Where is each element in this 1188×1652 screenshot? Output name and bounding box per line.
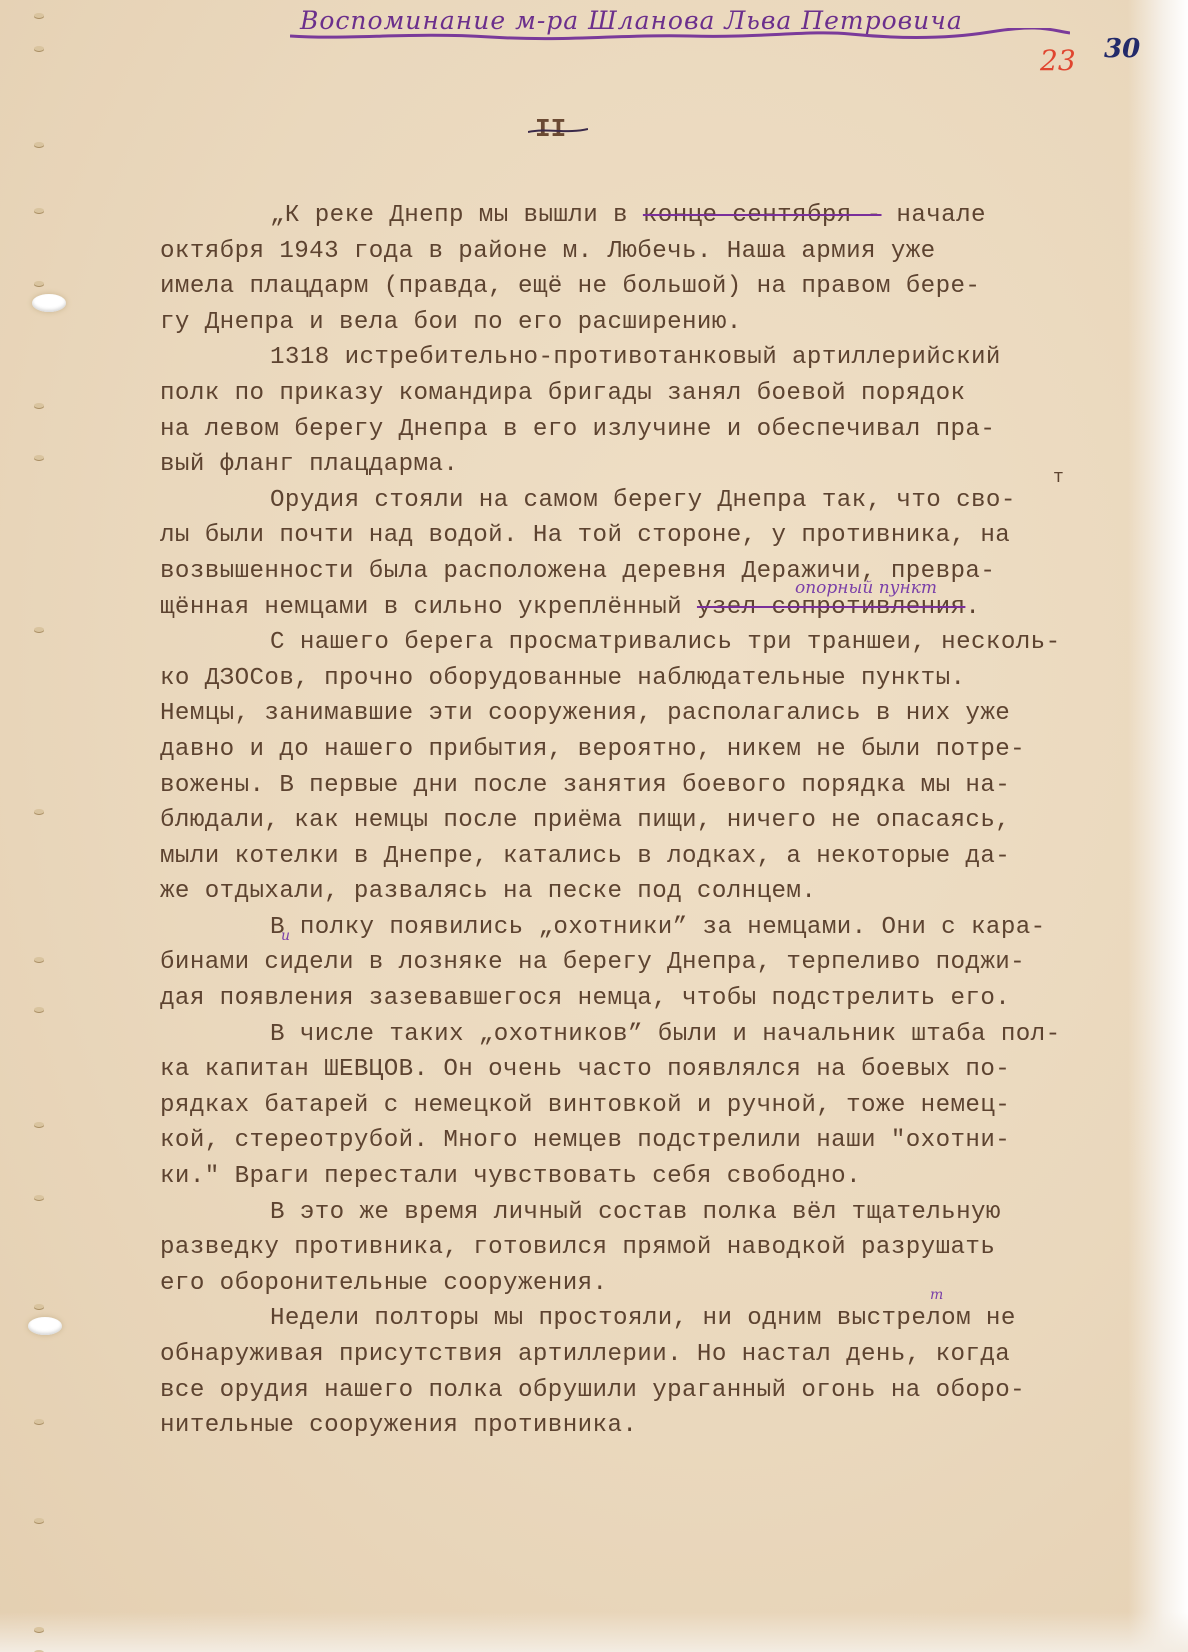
- text-segment: его оборонительные сооружения.: [160, 1270, 607, 1297]
- text-segment: „К реке Днепр мы вышли в: [270, 202, 643, 229]
- binder-hole: [34, 46, 44, 51]
- text-line: В числе таких „охотников” были и начальн…: [160, 1017, 1100, 1053]
- text-segment: на левом берегу Днепра в его излучине и …: [160, 416, 995, 443]
- text-segment: блюдали, как немцы после приёма пищи, ни…: [160, 807, 1010, 834]
- text-segment: обнаруживая присутствия артиллерии. Но н…: [160, 1341, 1010, 1368]
- binder-hole: [34, 957, 44, 962]
- text-line: ка капитан ШЕВЦОВ. Он очень часто появля…: [160, 1052, 1100, 1088]
- text-segment: рядках батарей с немецкой винтовкой и ру…: [160, 1092, 1010, 1119]
- text-segment: В полку появились „охотники” за немцами.…: [270, 914, 1046, 941]
- binder-hole: [34, 1627, 44, 1632]
- text-segment: вожены. В первые дни после занятия боево…: [160, 772, 1010, 799]
- text-line: все орудия нашего полка обрушили ураганн…: [160, 1373, 1100, 1409]
- text-line: бинами сидели в лозняке на берегу Днепра…: [160, 945, 1100, 981]
- section-number-underline: [528, 126, 588, 136]
- text-segment: имела плацдарм (правда, ещё не большой) …: [160, 273, 980, 300]
- text-line: Немцы, занимавшие эти сооружения, распол…: [160, 696, 1100, 732]
- text-segment: Недели полторы мы простояли, ни одним вы…: [270, 1305, 1016, 1332]
- text-segment: нительные сооружения противника.: [160, 1412, 637, 1439]
- binder-hole: [34, 627, 44, 632]
- text-line: В полку появились „охотники” за немцами.…: [160, 910, 1100, 946]
- text-line: вый фланг плацдарма.: [160, 447, 1100, 483]
- text-line: ки." Враги перестали чувствовать себя св…: [160, 1159, 1100, 1195]
- text-line: гу Днепра и вела бои по его расширению.: [160, 305, 1100, 341]
- binder-hole: [34, 403, 44, 408]
- text-segment: Орудия стояли на самом берегу Днепра так…: [270, 487, 1016, 514]
- handwritten-correction-i: и: [281, 928, 290, 944]
- text-line: возвышенности была расположена деревня Д…: [160, 554, 1100, 590]
- text-line: вожены. В первые дни после занятия боево…: [160, 768, 1100, 804]
- typed-correction-t: т: [1053, 468, 1064, 488]
- text-line: лы были почти над водой. На той стороне,…: [160, 518, 1100, 554]
- text-segment: лы были почти над водой. На той стороне,…: [160, 522, 1010, 549]
- document-page: Воспоминание м-ра Шланова Льва Петровича…: [0, 0, 1188, 1652]
- text-segment: разведку противника, готовился прямой на…: [160, 1234, 995, 1261]
- text-line: ко ДЗОСов, прочно оборудованные наблюдат…: [160, 661, 1100, 697]
- binder-hole: [34, 1304, 44, 1309]
- text-segment: .: [965, 594, 980, 621]
- text-segment: давно и до нашего прибытия, вероятно, ни…: [160, 736, 1025, 763]
- text-line: С нашего берега просматривались три тран…: [160, 625, 1100, 661]
- text-segment: гу Днепра и вела бои по его расширению.: [160, 309, 742, 336]
- text-line: обнаруживая присутствия артиллерии. Но н…: [160, 1337, 1100, 1373]
- text-line: разведку противника, готовился прямой на…: [160, 1230, 1100, 1266]
- text-segment: Немцы, занимавшие эти сооружения, распол…: [160, 700, 1010, 727]
- title-underline: [290, 28, 1070, 42]
- binder-hole: [34, 13, 44, 18]
- text-segment: же отдыхали, развалясь на песке под солн…: [160, 878, 816, 905]
- text-segment: В числе таких „охотников” были и начальн…: [270, 1021, 1061, 1048]
- text-line: имела плацдарм (правда, ещё не большой) …: [160, 269, 1100, 305]
- text-segment: все орудия нашего полка обрушили ураганн…: [160, 1377, 1025, 1404]
- handwritten-correction-t: т: [930, 1287, 943, 1303]
- text-segment: вый фланг плацдарма.: [160, 451, 458, 478]
- text-line: щённая немцами в сильно укреплённый узел…: [160, 590, 1100, 626]
- binder-hole: [34, 142, 44, 147]
- text-segment: ко ДЗОСов, прочно оборудованные наблюдат…: [160, 665, 965, 692]
- text-segment: полк по приказу командира бригады занял …: [160, 380, 965, 407]
- text-segment: кой, стереотрубой. Много немцев подстрел…: [160, 1127, 1010, 1154]
- text-segment: начале: [882, 202, 986, 229]
- binder-hole: [34, 281, 44, 286]
- text-line: мыли котелки в Днепре, катались в лодках…: [160, 839, 1100, 875]
- text-line: В это же время личный состав полка вёл т…: [160, 1195, 1100, 1231]
- text-line: 1318 истребительно-противотанковый артил…: [160, 340, 1100, 376]
- text-segment: дая появления зазевавшегося немца, чтобы…: [160, 985, 1010, 1012]
- handwritten-insertion: опорный пункт: [795, 578, 937, 598]
- text-line: кой, стереотрубой. Много немцев подстрел…: [160, 1123, 1100, 1159]
- binder-hole: [34, 1195, 44, 1200]
- paper-edge-bottom: [0, 1612, 1188, 1652]
- binder-hole: [34, 208, 44, 213]
- text-line: октября 1943 года в районе м. Любечь. На…: [160, 234, 1100, 270]
- text-segment: В это же время личный состав полка вёл т…: [270, 1199, 1001, 1226]
- text-line: же отдыхали, развалясь на песке под солн…: [160, 874, 1100, 910]
- text-segment: 1318 истребительно-противотанковый артил…: [270, 344, 1001, 371]
- text-segment: С нашего берега просматривались три тран…: [270, 629, 1061, 656]
- paper-edge-right: [1128, 0, 1188, 1652]
- text-line: давно и до нашего прибытия, вероятно, ни…: [160, 732, 1100, 768]
- struck-text: конце сентября -: [643, 202, 882, 229]
- text-line: нительные сооружения противника.: [160, 1408, 1100, 1444]
- text-line: рядках батарей с немецкой винтовкой и ру…: [160, 1088, 1100, 1124]
- text-line: блюдали, как немцы после приёма пищи, ни…: [160, 803, 1100, 839]
- binder-hole: [34, 1419, 44, 1424]
- binder-hole: [34, 1007, 44, 1012]
- text-line: Недели полторы мы простояли, ни одним вы…: [160, 1301, 1100, 1337]
- text-segment: бинами сидели в лозняке на берегу Днепра…: [160, 949, 1025, 976]
- text-segment: мыли котелки в Днепре, катались в лодках…: [160, 843, 1010, 870]
- text-line: на левом берегу Днепра в его излучине и …: [160, 412, 1100, 448]
- text-line: „К реке Днепр мы вышли в конце сентября …: [160, 198, 1100, 234]
- page-number-blue: 30: [1104, 34, 1140, 64]
- typed-body-text: „К реке Днепр мы вышли в конце сентября …: [160, 198, 1100, 1444]
- punched-hole: [28, 1317, 62, 1335]
- page-number-red: 23: [1040, 44, 1076, 77]
- text-line: его оборонительные сооружения.: [160, 1266, 1100, 1302]
- text-segment: ка капитан ШЕВЦОВ. Он очень часто появля…: [160, 1056, 1010, 1083]
- text-line: полк по приказу командира бригады занял …: [160, 376, 1100, 412]
- binder-hole: [34, 455, 44, 460]
- binder-hole: [34, 1518, 44, 1523]
- punched-hole: [32, 294, 66, 312]
- text-segment: щённая немцами в сильно укреплённый: [160, 594, 697, 621]
- text-segment: октября 1943 года в районе м. Любечь. На…: [160, 238, 936, 265]
- text-line: дая появления зазевавшегося немца, чтобы…: [160, 981, 1100, 1017]
- text-segment: ки." Враги перестали чувствовать себя св…: [160, 1163, 861, 1190]
- text-line: Орудия стояли на самом берегу Днепра так…: [160, 483, 1100, 519]
- binder-hole: [34, 1122, 44, 1127]
- binder-hole: [34, 809, 44, 814]
